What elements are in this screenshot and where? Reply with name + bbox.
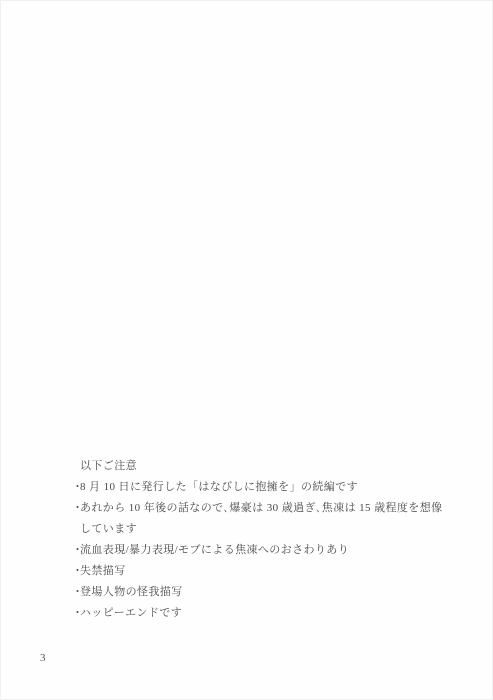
notice-block: 以下ご注意 ・ 8 月 10 日に発行した「はなびしに抱擁を」の続編です ・ あ… — [72, 456, 452, 624]
bullet-glyph: ・ — [72, 561, 80, 582]
notice-line-text: 失禁描写 — [80, 561, 452, 582]
notice-line-text: 登場人物の怪我描写 — [80, 582, 452, 603]
notice-line-text: ハッピーエンドです — [80, 603, 452, 624]
bullet-glyph — [72, 519, 80, 540]
notice-line-text: 8 月 10 日に発行した「はなびしに抱擁を」の続編です — [80, 477, 452, 498]
notice-line: ・ 流血表現/暴力表現/モブによる焦凍へのおさわりあり — [72, 540, 452, 561]
notice-line: ・ 失禁描写 — [72, 561, 452, 582]
bullet-glyph: ・ — [72, 498, 80, 519]
notice-line: ・ 登場人物の怪我描写 — [72, 582, 452, 603]
notice-line-text: 流血表現/暴力表現/モブによる焦凍へのおさわりあり — [80, 540, 452, 561]
bullet-glyph: ・ — [72, 477, 80, 498]
notice-line: ・ ハッピーエンドです — [72, 603, 452, 624]
bullet-glyph: ・ — [72, 582, 80, 603]
notice-line-text: しています — [80, 519, 452, 540]
notice-line: ・ あれから 10 年後の話なので､爆豪は 30 歳過ぎ､焦凍は 15 歳程度を… — [72, 498, 452, 519]
notice-line-continuation: しています — [72, 519, 452, 540]
notice-line-text: あれから 10 年後の話なので､爆豪は 30 歳過ぎ､焦凍は 15 歳程度を想像 — [80, 498, 452, 519]
page-number: 3 — [40, 652, 46, 664]
notice-title: 以下ご注意 — [72, 456, 452, 477]
bullet-glyph: ・ — [72, 540, 80, 561]
notice-line: ・ 8 月 10 日に発行した「はなびしに抱擁を」の続編です — [72, 477, 452, 498]
document-page: 以下ご注意 ・ 8 月 10 日に発行した「はなびしに抱擁を」の続編です ・ あ… — [0, 0, 493, 700]
bullet-glyph: ・ — [72, 603, 80, 624]
